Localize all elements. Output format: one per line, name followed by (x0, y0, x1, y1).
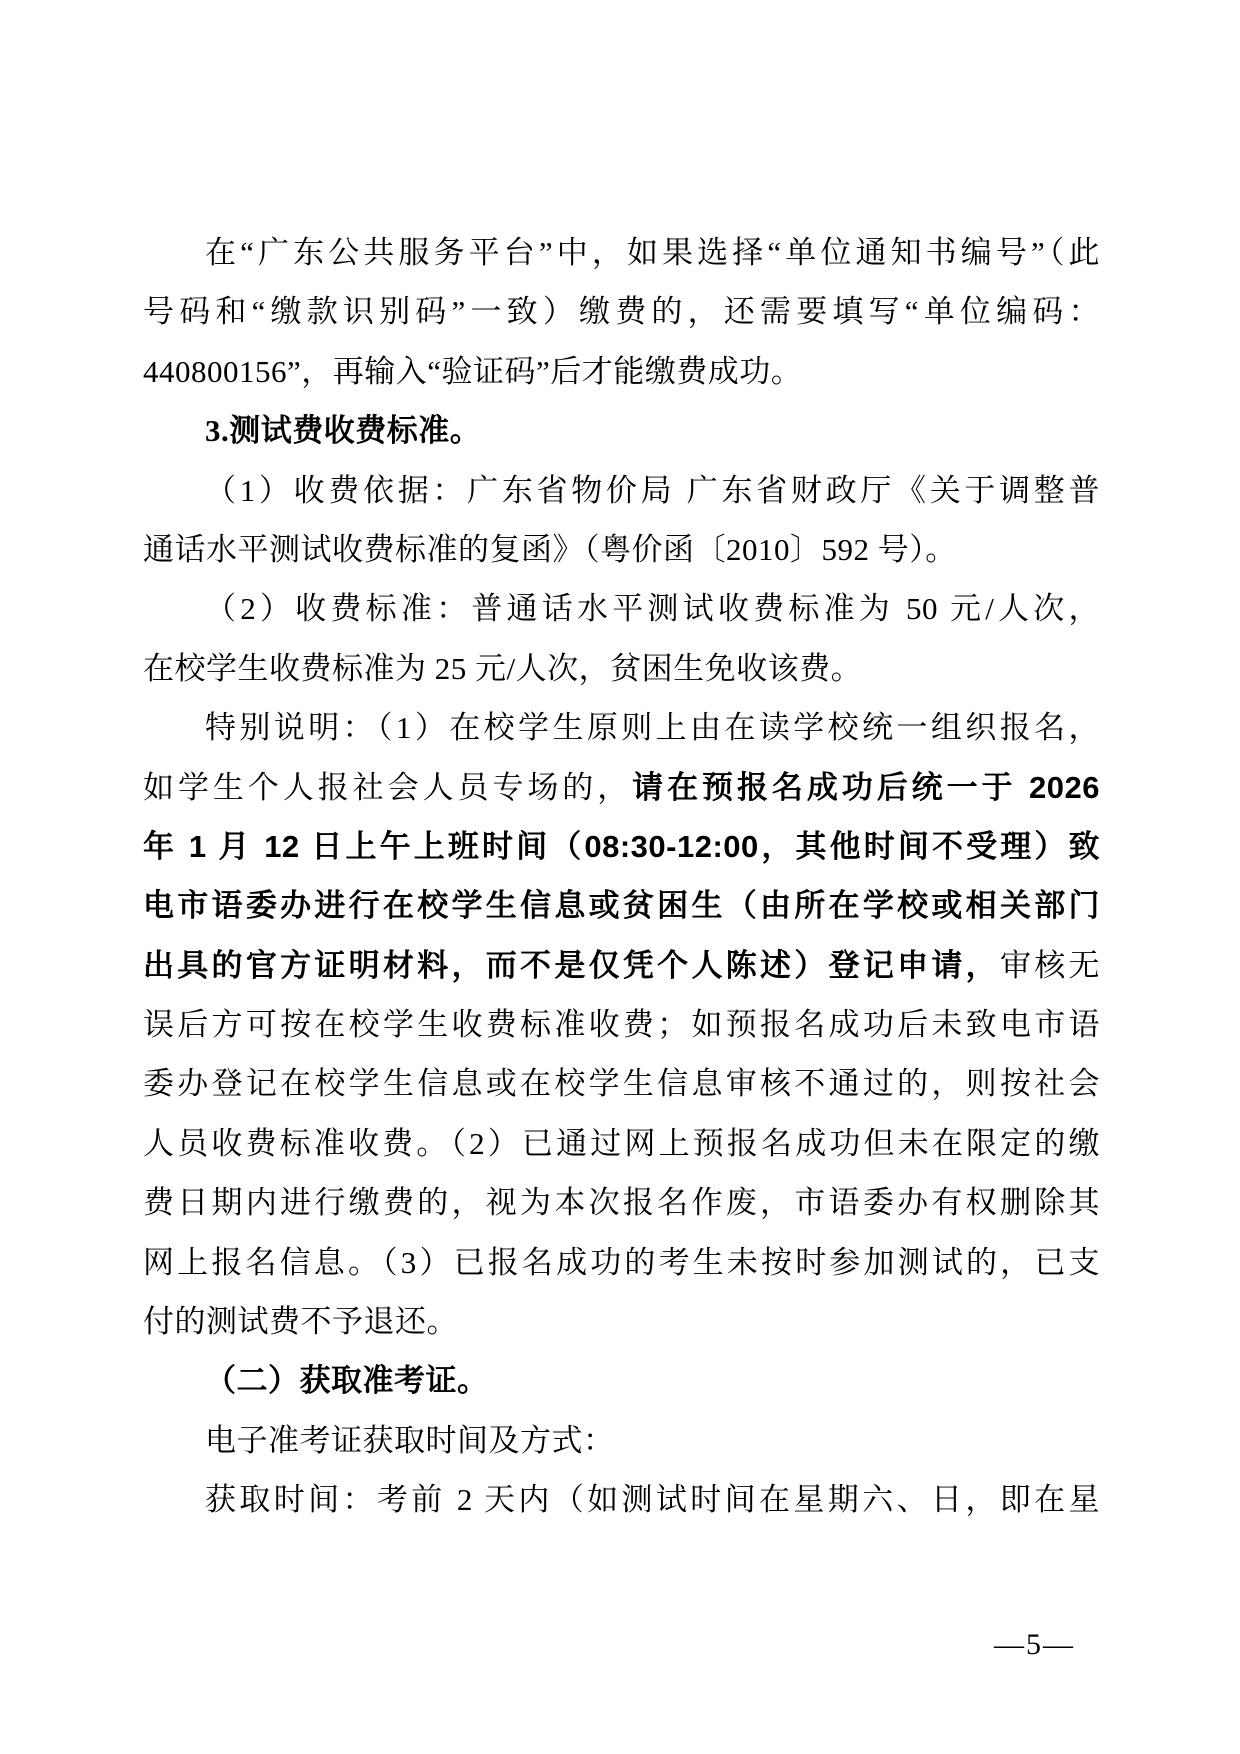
text-segment: 在“广东公共服务平台”中，如果选择“单位通知书编号”（此 (205, 235, 1100, 270)
text-segment: 电子准考证获取时间及方式： (205, 1423, 615, 1458)
page-number: —5— (0, 1628, 1075, 1662)
text-segment: （二）获取准考证。 (205, 1363, 489, 1398)
text-segment: 人员收费标准收费。（2）已通过网上预报名成功但未在限定的缴 (143, 1126, 1100, 1161)
text-segment: 3.测试费收费标准。 (205, 413, 481, 448)
text-line: 号码和“缴款识别码”一致）缴费的，还需要填写“单位编码： (143, 282, 1100, 341)
document-page: 在“广东公共服务平台”中，如果选择“单位通知书编号”（此号码和“缴款识别码”一致… (0, 0, 1240, 1754)
text-line: 在校学生收费标准为 25 元/人次，贫困生免收该费。 (143, 639, 1100, 698)
text-line: 3.测试费收费标准。 (143, 401, 1100, 460)
text-segment: 如学生个人报社会人员专场的， (143, 770, 632, 805)
text-segment: 440800156”，再输入“验证码”后才能缴费成功。 (143, 354, 802, 389)
text-segment: 审核无 (1000, 948, 1100, 983)
text-segment: 电市语委办进行在校学生信息或贫困生（由所在学校或相关部门 (143, 888, 1100, 923)
text-segment: 特别说明：（1）在校学生原则上由在读学校统一组织报名， (205, 710, 1100, 745)
text-segment: 获取时间：考前 2 天内（如测试时间在星期六、日，即在星 (205, 1482, 1100, 1517)
text-line: 在“广东公共服务平台”中，如果选择“单位通知书编号”（此 (143, 223, 1100, 282)
text-line: 出具的官方证明材料，而不是仅凭个人陈述）登记申请，审核无 (143, 936, 1100, 995)
document-body: 在“广东公共服务平台”中，如果选择“单位通知书编号”（此号码和“缴款识别码”一致… (143, 223, 1100, 1530)
text-line: （2）收费标准：普通话水平测试收费标准为 50 元/人次， (143, 579, 1100, 638)
text-line: 费日期内进行缴费的，视为本次报名作废，市语委办有权删除其 (143, 1173, 1100, 1232)
text-line: 网上报名信息。（3）已报名成功的考生未按时参加测试的，已支 (143, 1233, 1100, 1292)
text-line: 如学生个人报社会人员专场的，请在预报名成功后统一于 2026 (143, 758, 1100, 817)
text-segment: （2）收费标准：普通话水平测试收费标准为 50 元/人次， (205, 591, 1100, 626)
text-line: 付的测试费不予退还。 (143, 1292, 1100, 1351)
text-segment: 请在预报名成功后统一于 2026 (632, 770, 1100, 805)
text-segment: 在校学生收费标准为 25 元/人次，贫困生免收该费。 (143, 651, 862, 686)
text-segment: 通话水平测试收费标准的复函》（粤价函〔2010〕592 号）。 (143, 532, 957, 567)
text-segment: 出具的官方证明材料，而不是仅凭个人陈述）登记申请， (143, 948, 1000, 983)
text-segment: 网上报名信息。（3）已报名成功的考生未按时参加测试的，已支 (143, 1245, 1100, 1280)
text-segment: 号码和“缴款识别码”一致）缴费的，还需要填写“单位编码： (143, 294, 1100, 329)
text-segment: 付的测试费不予退还。 (143, 1304, 458, 1339)
text-line: 误后方可按在校学生收费标准收费；如预报名成功后未致电市语 (143, 995, 1100, 1054)
text-line: 特别说明：（1）在校学生原则上由在读学校统一组织报名， (143, 698, 1100, 757)
text-line: （二）获取准考证。 (143, 1351, 1100, 1410)
text-line: 人员收费标准收费。（2）已通过网上预报名成功但未在限定的缴 (143, 1114, 1100, 1173)
text-line: （1）收费依据：广东省物价局 广东省财政厅《关于调整普 (143, 461, 1100, 520)
text-line: 获取时间：考前 2 天内（如测试时间在星期六、日，即在星 (143, 1470, 1100, 1529)
text-segment: 年 1 月 12 日上午上班时间（08:30-12:00，其他时间不受理）致 (143, 829, 1100, 864)
text-line: 440800156”，再输入“验证码”后才能缴费成功。 (143, 342, 1100, 401)
text-line: 年 1 月 12 日上午上班时间（08:30-12:00，其他时间不受理）致 (143, 817, 1100, 876)
text-segment: 委办登记在校学生信息或在校学生信息审核不通过的，则按社会 (143, 1066, 1100, 1101)
text-line: 通话水平测试收费标准的复函》（粤价函〔2010〕592 号）。 (143, 520, 1100, 579)
text-segment: 费日期内进行缴费的，视为本次报名作废，市语委办有权删除其 (143, 1185, 1100, 1220)
text-line: 电市语委办进行在校学生信息或贫困生（由所在学校或相关部门 (143, 876, 1100, 935)
text-segment: （1）收费依据：广东省物价局 广东省财政厅《关于调整普 (205, 473, 1100, 508)
text-line: 电子准考证获取时间及方式： (143, 1411, 1100, 1470)
text-line: 委办登记在校学生信息或在校学生信息审核不通过的，则按社会 (143, 1054, 1100, 1113)
text-segment: 误后方可按在校学生收费标准收费；如预报名成功后未致电市语 (143, 1007, 1100, 1042)
